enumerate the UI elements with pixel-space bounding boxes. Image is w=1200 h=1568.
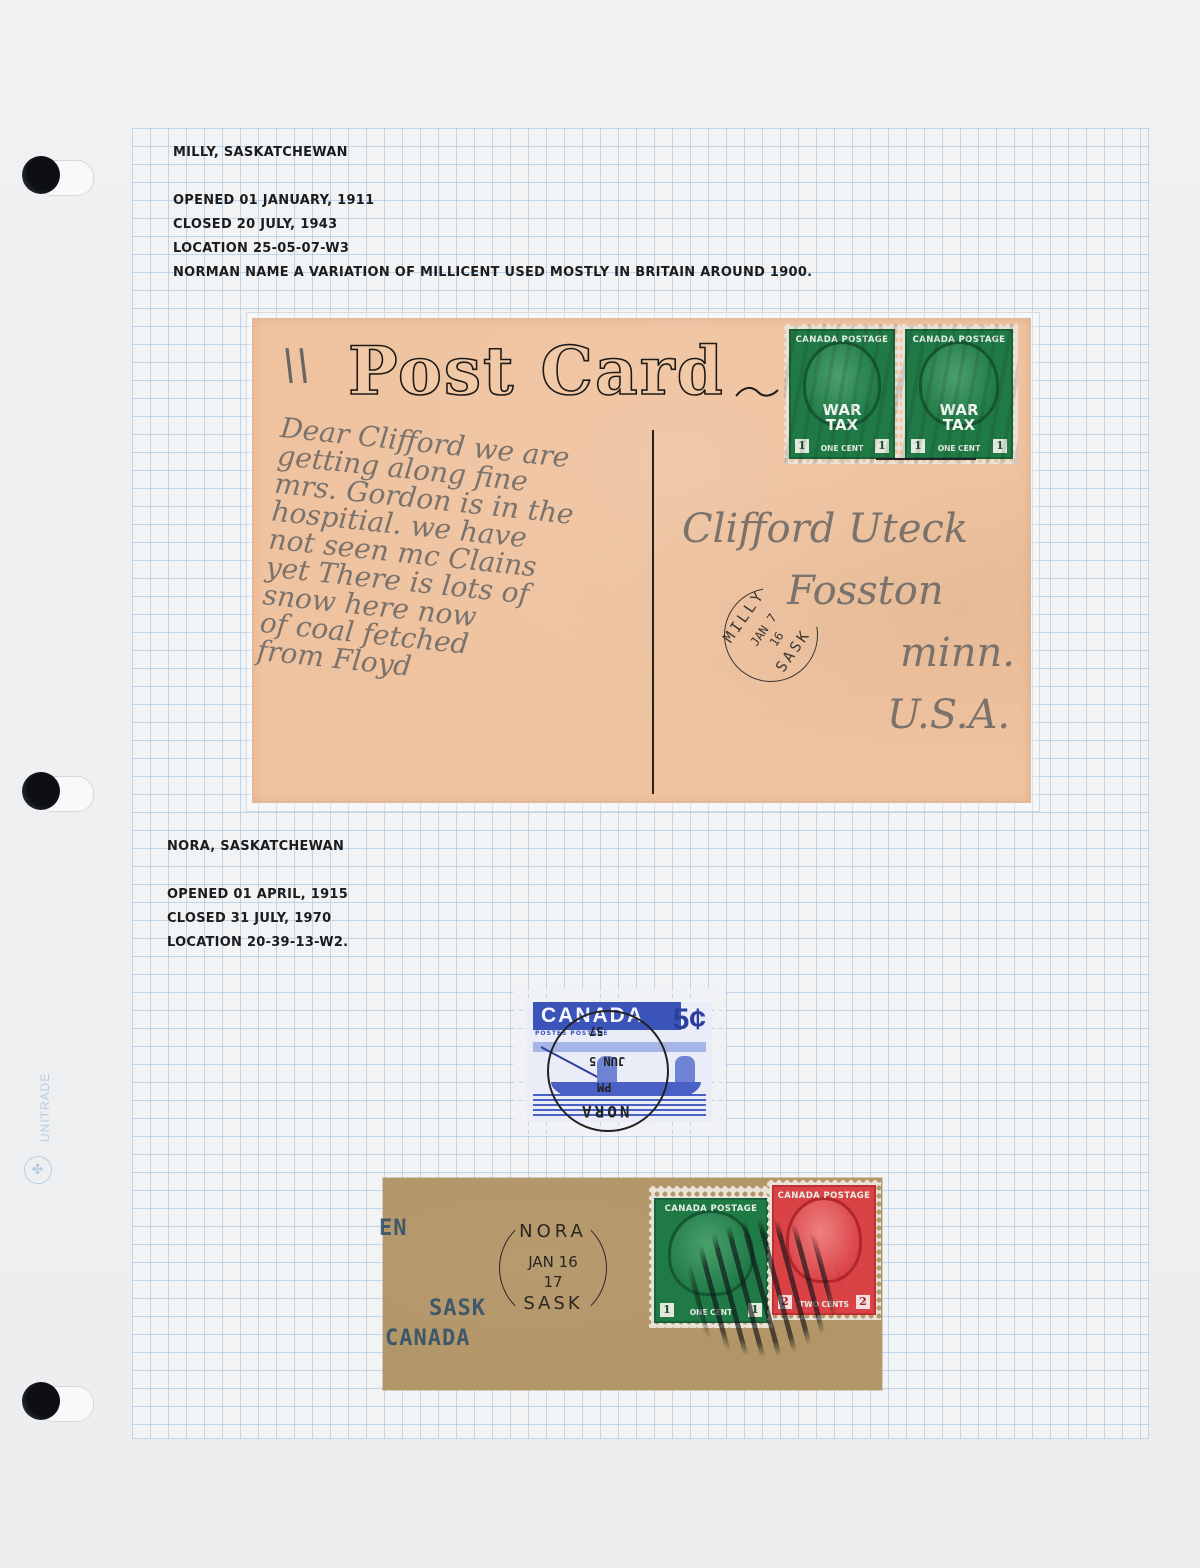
punch-hole-icon — [22, 772, 60, 810]
punch-hole — [22, 160, 92, 196]
stamp-numeral: 1 — [993, 439, 1007, 453]
postmark-year: 57 — [589, 1024, 603, 1038]
postmark-town: NORA — [579, 1102, 630, 1121]
address-line: Fosston — [787, 560, 1015, 622]
pencil-mark: \\ — [282, 340, 310, 389]
stamp-numeral: 1 — [911, 439, 925, 453]
closed-date: CLOSED 20 JULY, 1943 — [173, 212, 812, 236]
location: LOCATION 20-39-13-W2. — [167, 930, 348, 954]
section-title: NORA, SASKATCHEWAN — [167, 834, 348, 858]
stamp-numeral: 1 — [875, 439, 889, 453]
cover-text: CANADA — [385, 1326, 470, 1351]
nora-postmark-1957: 57 JUN 5 PM NORA — [547, 1010, 669, 1132]
stamp-numeral: 1 — [795, 439, 809, 453]
stamp-legend: CANADA POSTAGE — [907, 335, 1011, 345]
flourish-icon — [734, 384, 780, 400]
stamp-legend: CANADA POSTAGE — [791, 335, 893, 345]
watermark-text: UNITRADE — [38, 1073, 52, 1142]
handwritten-message: Dear Clifford we are getting along fine … — [256, 414, 581, 696]
overprint-line: TAX — [826, 416, 858, 434]
nora-caption: NORA, SASKATCHEWAN OPENED 01 APRIL, 1915… — [167, 834, 348, 954]
punch-hole — [22, 1386, 92, 1422]
war-tax-stamp: CANADA POSTAGE WARTAX ONE CENT 1 1 — [784, 324, 900, 464]
cover-text: SASK — [429, 1296, 486, 1321]
unitrade-watermark: UNITRADE ✤ — [18, 1080, 58, 1190]
address-line: Clifford Uteck — [682, 498, 1015, 560]
stamp-numeral: 1 — [660, 1303, 674, 1317]
address-line: minn. — [900, 622, 1015, 684]
postmark-year: 17 — [500, 1273, 606, 1291]
nora-postmark-1917: NORA JAN 16 17 SASK — [499, 1214, 607, 1322]
stamp-denomination: 5¢ — [673, 1002, 706, 1038]
nora-cover-piece: EN SASK CANADA NORA JAN 16 17 SASK CANAD… — [383, 1178, 882, 1390]
cancel-line — [876, 458, 976, 460]
postmark-province: SASK — [500, 1293, 606, 1314]
postmark-date: JAN 16 — [500, 1253, 606, 1271]
opened-date: OPENED 01 JANUARY, 1911 — [173, 188, 812, 212]
war-tax-stamp: CANADA POSTAGE WARTAX ONE CENT 1 1 — [900, 324, 1018, 464]
postcard-heading: Post Card — [348, 332, 725, 410]
milly-caption: MILLY, SASKATCHEWAN OPENED 01 JANUARY, 1… — [173, 140, 812, 284]
punch-hole-icon — [22, 1382, 60, 1420]
location: LOCATION 25-05-07-W3 — [173, 236, 812, 260]
address-line: U.S.A. — [887, 684, 1015, 746]
album-page: UNITRADE ✤ MILLY, SASKATCHEWAN OPENED 01… — [0, 0, 1200, 1568]
punch-hole — [22, 776, 92, 812]
punch-hole-icon — [22, 156, 60, 194]
stamp-legend: CANADA POSTAGE — [774, 1191, 874, 1201]
barred-cancel — [683, 1218, 843, 1358]
stamp-numeral: 2 — [856, 1295, 870, 1309]
postcard-divider — [652, 430, 654, 794]
closed-date: CLOSED 31 JULY, 1970 — [167, 906, 348, 930]
cover-text: EN — [379, 1216, 408, 1241]
postmark-town: NORA — [500, 1221, 606, 1242]
postcard: \\ Post Card Dear Clifford we are gettin… — [252, 318, 1031, 803]
maple-leaf-logo-icon: ✤ — [24, 1156, 52, 1184]
war-tax-overprint: WARTAX — [791, 403, 893, 433]
stamp-legend: CANADA POSTAGE — [656, 1204, 766, 1214]
overprint-line: TAX — [943, 416, 975, 434]
war-tax-overprint: WARTAX — [907, 403, 1011, 433]
postmark-time: PM — [597, 1080, 611, 1094]
section-title: MILLY, SASKATCHEWAN — [173, 140, 812, 164]
postmark-date: JUN 5 — [589, 1054, 625, 1068]
fishing-stamp: CANADA 5¢ POSTES POSTAGE 57 JUN 5 PM NOR… — [513, 988, 726, 1136]
name-note: NORMAN NAME A VARIATION OF MILLICENT USE… — [173, 260, 812, 284]
opened-date: OPENED 01 APRIL, 1915 — [167, 882, 348, 906]
